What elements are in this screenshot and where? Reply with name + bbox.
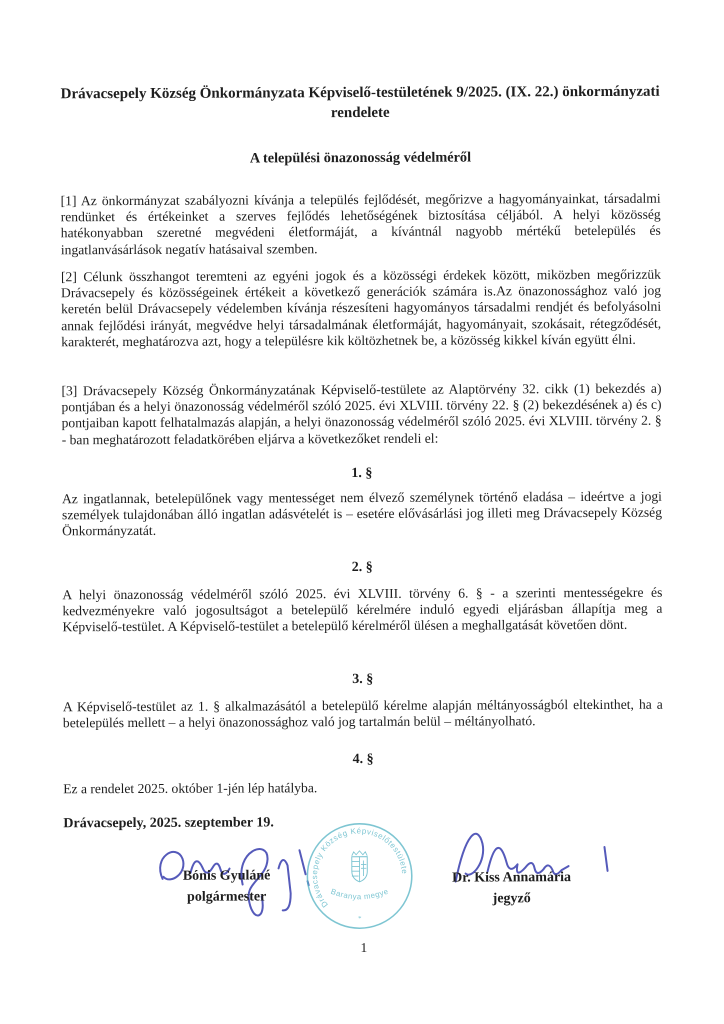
intro-paragraph-2: [2] Célunk összhangot teremteni az egyén… [61, 267, 661, 351]
signature-name-mayor: Bónis Gyuláné [142, 866, 312, 887]
signature-role-mayor: polgármester [142, 887, 312, 908]
section-heading-2: 2. § [62, 559, 662, 578]
page-number: 1 [64, 939, 664, 958]
intro-paragraph-1: [1] Az önkormányzat szabályozni kívánja … [61, 191, 661, 258]
official-stamp: Drávacsepely Község Képviselőtestülete B… [301, 818, 418, 935]
section-heading-1: 1. § [62, 465, 662, 484]
signature-name-notary: Dr. Kiss Annamária [422, 868, 602, 889]
svg-text:Baranya megye: Baranya megye [330, 887, 390, 902]
section-heading-4: 4. § [63, 751, 663, 770]
section-heading-3: 3. § [63, 671, 663, 690]
page-title: Drávacsepely Község Önkormányzata Képvis… [60, 83, 660, 125]
signature-role-notary: jegyző [422, 889, 602, 910]
section-body-2: A helyi önazonosság védelméről szóló 202… [62, 585, 662, 636]
stamp-bottom-mark: * [358, 915, 362, 922]
stamp-county-text: Baranya megye [330, 887, 390, 902]
section-body-3: A Képviselő-testület az 1. § alkalmazásá… [63, 697, 663, 732]
section-body-4: Ez a rendelet 2025. október 1-jén lép ha… [63, 779, 663, 798]
section-body-1: Az ingatlannak, betelepülőnek vagy mente… [62, 489, 662, 540]
document-sheet: Drávacsepely Község Önkormányzata Képvis… [0, 0, 724, 1024]
coat-of-arms-icon [352, 851, 368, 882]
intro-paragraph-3: [3] Drávacsepely Község Önkormányzatának… [61, 381, 661, 448]
scanned-document-page: Drávacsepely Község Önkormányzata Képvis… [0, 0, 724, 1024]
document-subtitle: A települési önazonosság védelméről [60, 149, 660, 169]
